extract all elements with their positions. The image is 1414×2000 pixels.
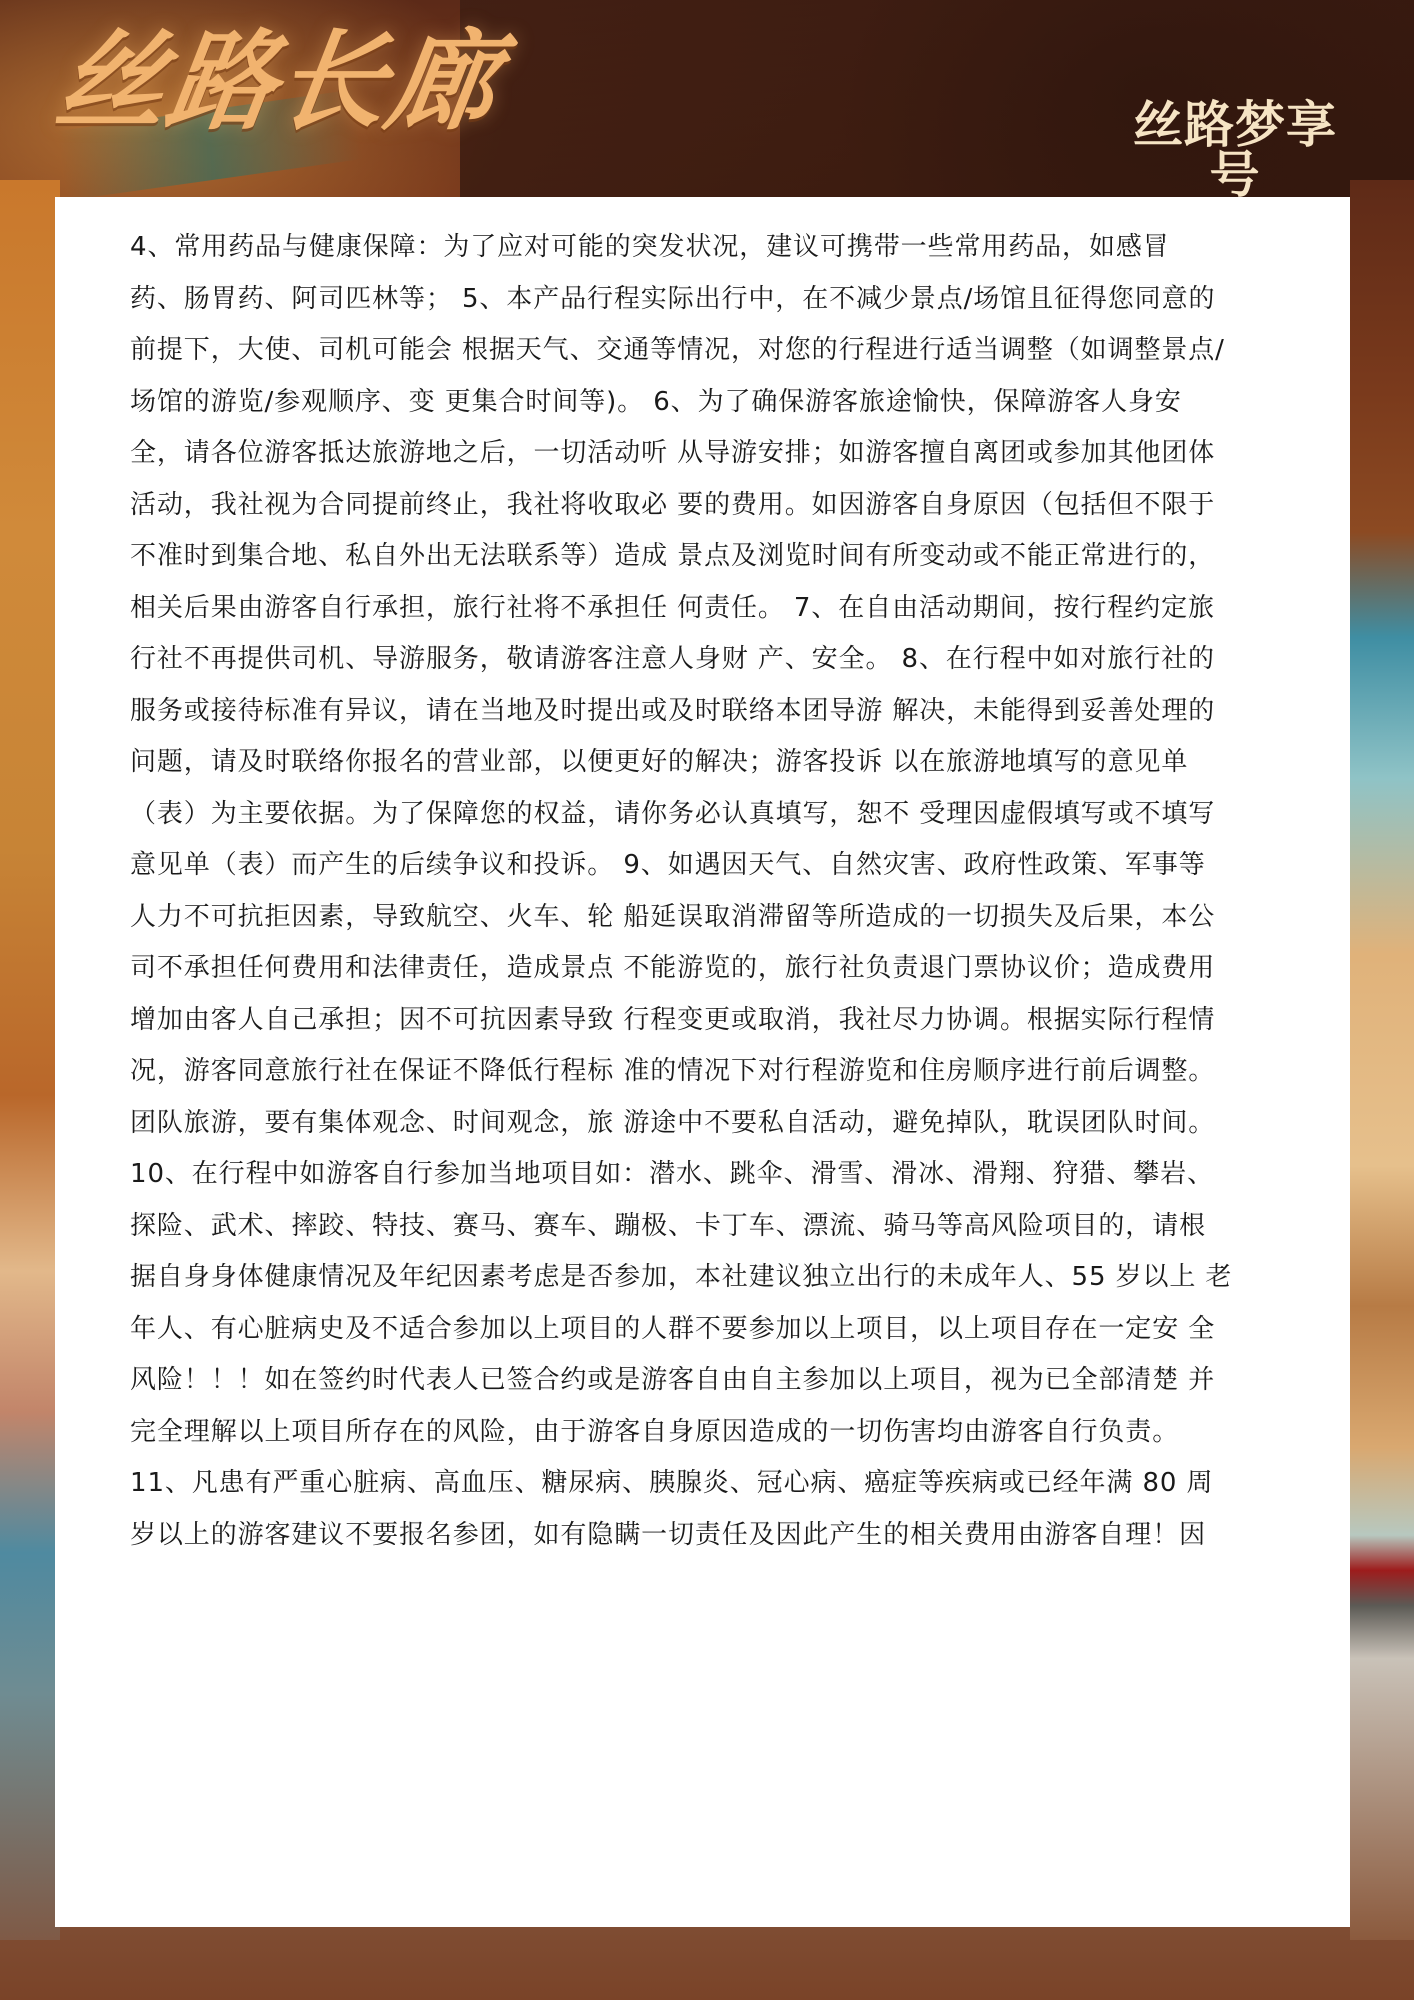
- text-line: 人力不可抗拒因素，导致航空、火车、轮 船延误取消滞留等所造成的一切损失及后果，本…: [130, 892, 1300, 944]
- text-line: 问题，请及时联络你报名的营业部，以便更好的解决；游客投诉 以在旅游地填写的意见单: [130, 737, 1300, 789]
- text-line: 10、在行程中如游客自行参加当地项目如：潜水、跳伞、滑雪、滑冰、滑翔、狩猎、攀岩…: [130, 1149, 1300, 1201]
- text-line: 探险、武术、摔跤、特技、赛马、赛车、蹦极、卡丁车、漂流、骑马等高风险项目的，请根: [130, 1201, 1300, 1253]
- text-line: （表）为主要依据。为了保障您的权益，请你务必认真填写，恕不 受理因虚假填写或不填…: [130, 789, 1300, 841]
- terms-text-body: 4、常用药品与健康保障：为了应对可能的突发状况，建议可携带一些常用药品，如感冒 …: [130, 222, 1300, 1561]
- text-line: 司不承担任何费用和法律责任，造成景点 不能游览的，旅行社负责退门票协议价；造成费…: [130, 943, 1300, 995]
- text-line: 相关后果由游客自行承担，旅行社将不承担任 何责任。 7、在自由活动期间，按行程约…: [130, 583, 1300, 635]
- background-right-frame: [1350, 180, 1414, 1940]
- text-line: 4、常用药品与健康保障：为了应对可能的突发状况，建议可携带一些常用药品，如感冒: [130, 222, 1300, 274]
- text-line: 况，游客同意旅行社在保证不降低行程标 准的情况下对行程游览和住房顺序进行前后调整…: [130, 1046, 1300, 1098]
- text-line: 11、凡患有严重心脏病、高血压、糖尿病、胰腺炎、冠心病、癌症等疾病或已经年满 8…: [130, 1458, 1300, 1510]
- text-line: 活动，我社视为合同提前终止，我社将收取必 要的费用。如因游客自身原因（包括但不限…: [130, 480, 1300, 532]
- text-line: 年人、有心脏病史及不适合参加以上项目的人群不要参加以上项目，以上项目存在一定安 …: [130, 1304, 1300, 1356]
- text-line: 意见单（表）而产生的后续争议和投诉。 9、如遇因天气、自然灾害、政府性政策、军事…: [130, 840, 1300, 892]
- brand-name-chinese: 丝路梦享号: [1110, 100, 1360, 200]
- text-line: 服务或接待标准有异议，请在当地及时提出或及时联络本团导游 解决，未能得到妥善处理…: [130, 686, 1300, 738]
- text-line: 场馆的游览/参观顺序、变 更集合时间等)。 6、为了确保游客旅途愉快，保障游客人…: [130, 377, 1300, 429]
- text-line: 行社不再提供司机、导游服务，敬请游客注意人身财 产、安全。 8、在行程中如对旅行…: [130, 634, 1300, 686]
- text-line: 增加由客人自己承担；因不可抗因素导致 行程变更或取消，我社尽力协调。根据实际行程…: [130, 995, 1300, 1047]
- text-line: 团队旅游，要有集体观念、时间观念，旅 游途中不要私自活动，避免掉队，耽误团队时间…: [130, 1098, 1300, 1150]
- text-line: 风险！！！如在签约时代表人已签合约或是游客自由自主参加以上项目，视为已全部清楚 …: [130, 1355, 1300, 1407]
- background-left-frame: [0, 180, 60, 1940]
- text-line: 药、肠胃药、阿司匹林等； 5、本产品行程实际出行中，在不减少景点/场馆且征得您同…: [130, 274, 1300, 326]
- title-calligraphy-logo: 丝路长廊: [50, 28, 505, 136]
- text-line: 全，请各位游客抵达旅游地之后，一切活动听 从导游安排；如游客擅自离团或参加其他团…: [130, 428, 1300, 480]
- text-line: 前提下，大使、司机可能会 根据天气、交通等情况，对您的行程进行适当调整（如调整景…: [130, 325, 1300, 377]
- text-line: 完全理解以上项目所存在的风险，由于游客自身原因造成的一切伤害均由游客自行负责。: [130, 1407, 1300, 1459]
- text-line: 据自身身体健康情况及年纪因素考虑是否参加，本社建议独立出行的未成年人、55 岁以…: [130, 1252, 1300, 1304]
- text-line: 不准时到集合地、私自外出无法联系等）造成 景点及浏览时间有所变动或不能正常进行的…: [130, 531, 1300, 583]
- text-line: 岁以上的游客建议不要报名参团，如有隐瞒一切责任及因此产生的相关费用由游客自理！因: [130, 1510, 1300, 1562]
